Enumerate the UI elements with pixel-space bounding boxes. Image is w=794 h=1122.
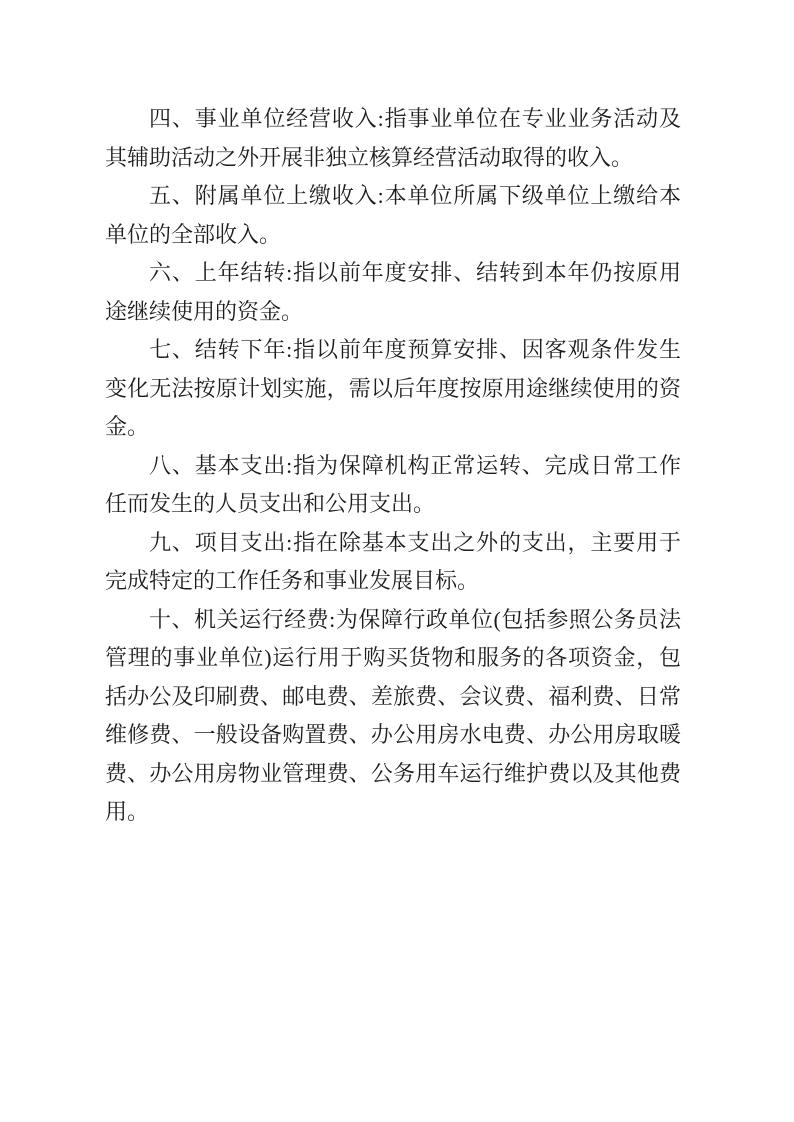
- text-line: 维修费、一般设备购置费、办公用房水电费、办公用房取暖: [105, 716, 681, 755]
- text-line: 七、结转下年:指以前年度预算安排、因客观条件发生: [105, 331, 681, 370]
- paragraph-item-10: 十、机关运行经费:为保障行政单位(包括参照公务员法管理的事业单位)运行用于购买货…: [105, 601, 681, 832]
- text-line: 十、机关运行经费:为保障行政单位(包括参照公务员法: [105, 601, 681, 640]
- paragraph-item-6: 六、上年结转:指以前年度安排、结转到本年仍按原用途继续使用的资金。: [105, 254, 681, 331]
- text-line: 变化无法按原计划实施，需以后年度按原用途继续使用的资: [105, 370, 681, 409]
- text-line: 九、项目支出:指在除基本支出之外的支出，主要用于: [105, 524, 681, 563]
- text-line: 费、办公用房物业管理费、公务用车运行维护费以及其他费: [105, 755, 681, 794]
- text-line: 四、事业单位经营收入:指事业单位在专业业务活动及: [105, 100, 681, 139]
- text-line: 任而发生的人员支出和公用支出。: [105, 485, 681, 524]
- text-line: 途继续使用的资金。: [105, 293, 681, 332]
- document-page: 四、事业单位经营收入:指事业单位在专业业务活动及其辅助活动之外开展非独立核算经营…: [0, 0, 794, 1122]
- document-viewport: { "page": { "background": "#ffffff", "te…: [0, 0, 794, 1122]
- paragraph-item-7: 七、结转下年:指以前年度预算安排、因客观条件发生变化无法按原计划实施，需以后年度…: [105, 331, 681, 447]
- paragraph-item-5: 五、附属单位上缴收入:本单位所属下级单位上缴给本单位的全部收入。: [105, 177, 681, 254]
- text-line: 括办公及印刷费、邮电费、差旅费、会议费、福利费、日常: [105, 678, 681, 717]
- paragraph-item-8: 八、基本支出:指为保障机构正常运转、完成日常工作任而发生的人员支出和公用支出。: [105, 447, 681, 524]
- text-line: 完成特定的工作任务和事业发展目标。: [105, 562, 681, 601]
- document-body: 四、事业单位经营收入:指事业单位在专业业务活动及其辅助活动之外开展非独立核算经营…: [105, 100, 681, 832]
- text-line: 管理的事业单位)运行用于购买货物和服务的各项资金，包: [105, 639, 681, 678]
- text-line: 金。: [105, 408, 681, 447]
- text-line: 六、上年结转:指以前年度安排、结转到本年仍按原用: [105, 254, 681, 293]
- text-line: 用。: [105, 793, 681, 832]
- text-line: 单位的全部收入。: [105, 216, 681, 255]
- text-line: 八、基本支出:指为保障机构正常运转、完成日常工作: [105, 447, 681, 486]
- text-line: 其辅助活动之外开展非独立核算经营活动取得的收入。: [105, 139, 681, 178]
- paragraph-item-9: 九、项目支出:指在除基本支出之外的支出，主要用于完成特定的工作任务和事业发展目标…: [105, 524, 681, 601]
- text-line: 五、附属单位上缴收入:本单位所属下级单位上缴给本: [105, 177, 681, 216]
- paragraph-item-4: 四、事业单位经营收入:指事业单位在专业业务活动及其辅助活动之外开展非独立核算经营…: [105, 100, 681, 177]
